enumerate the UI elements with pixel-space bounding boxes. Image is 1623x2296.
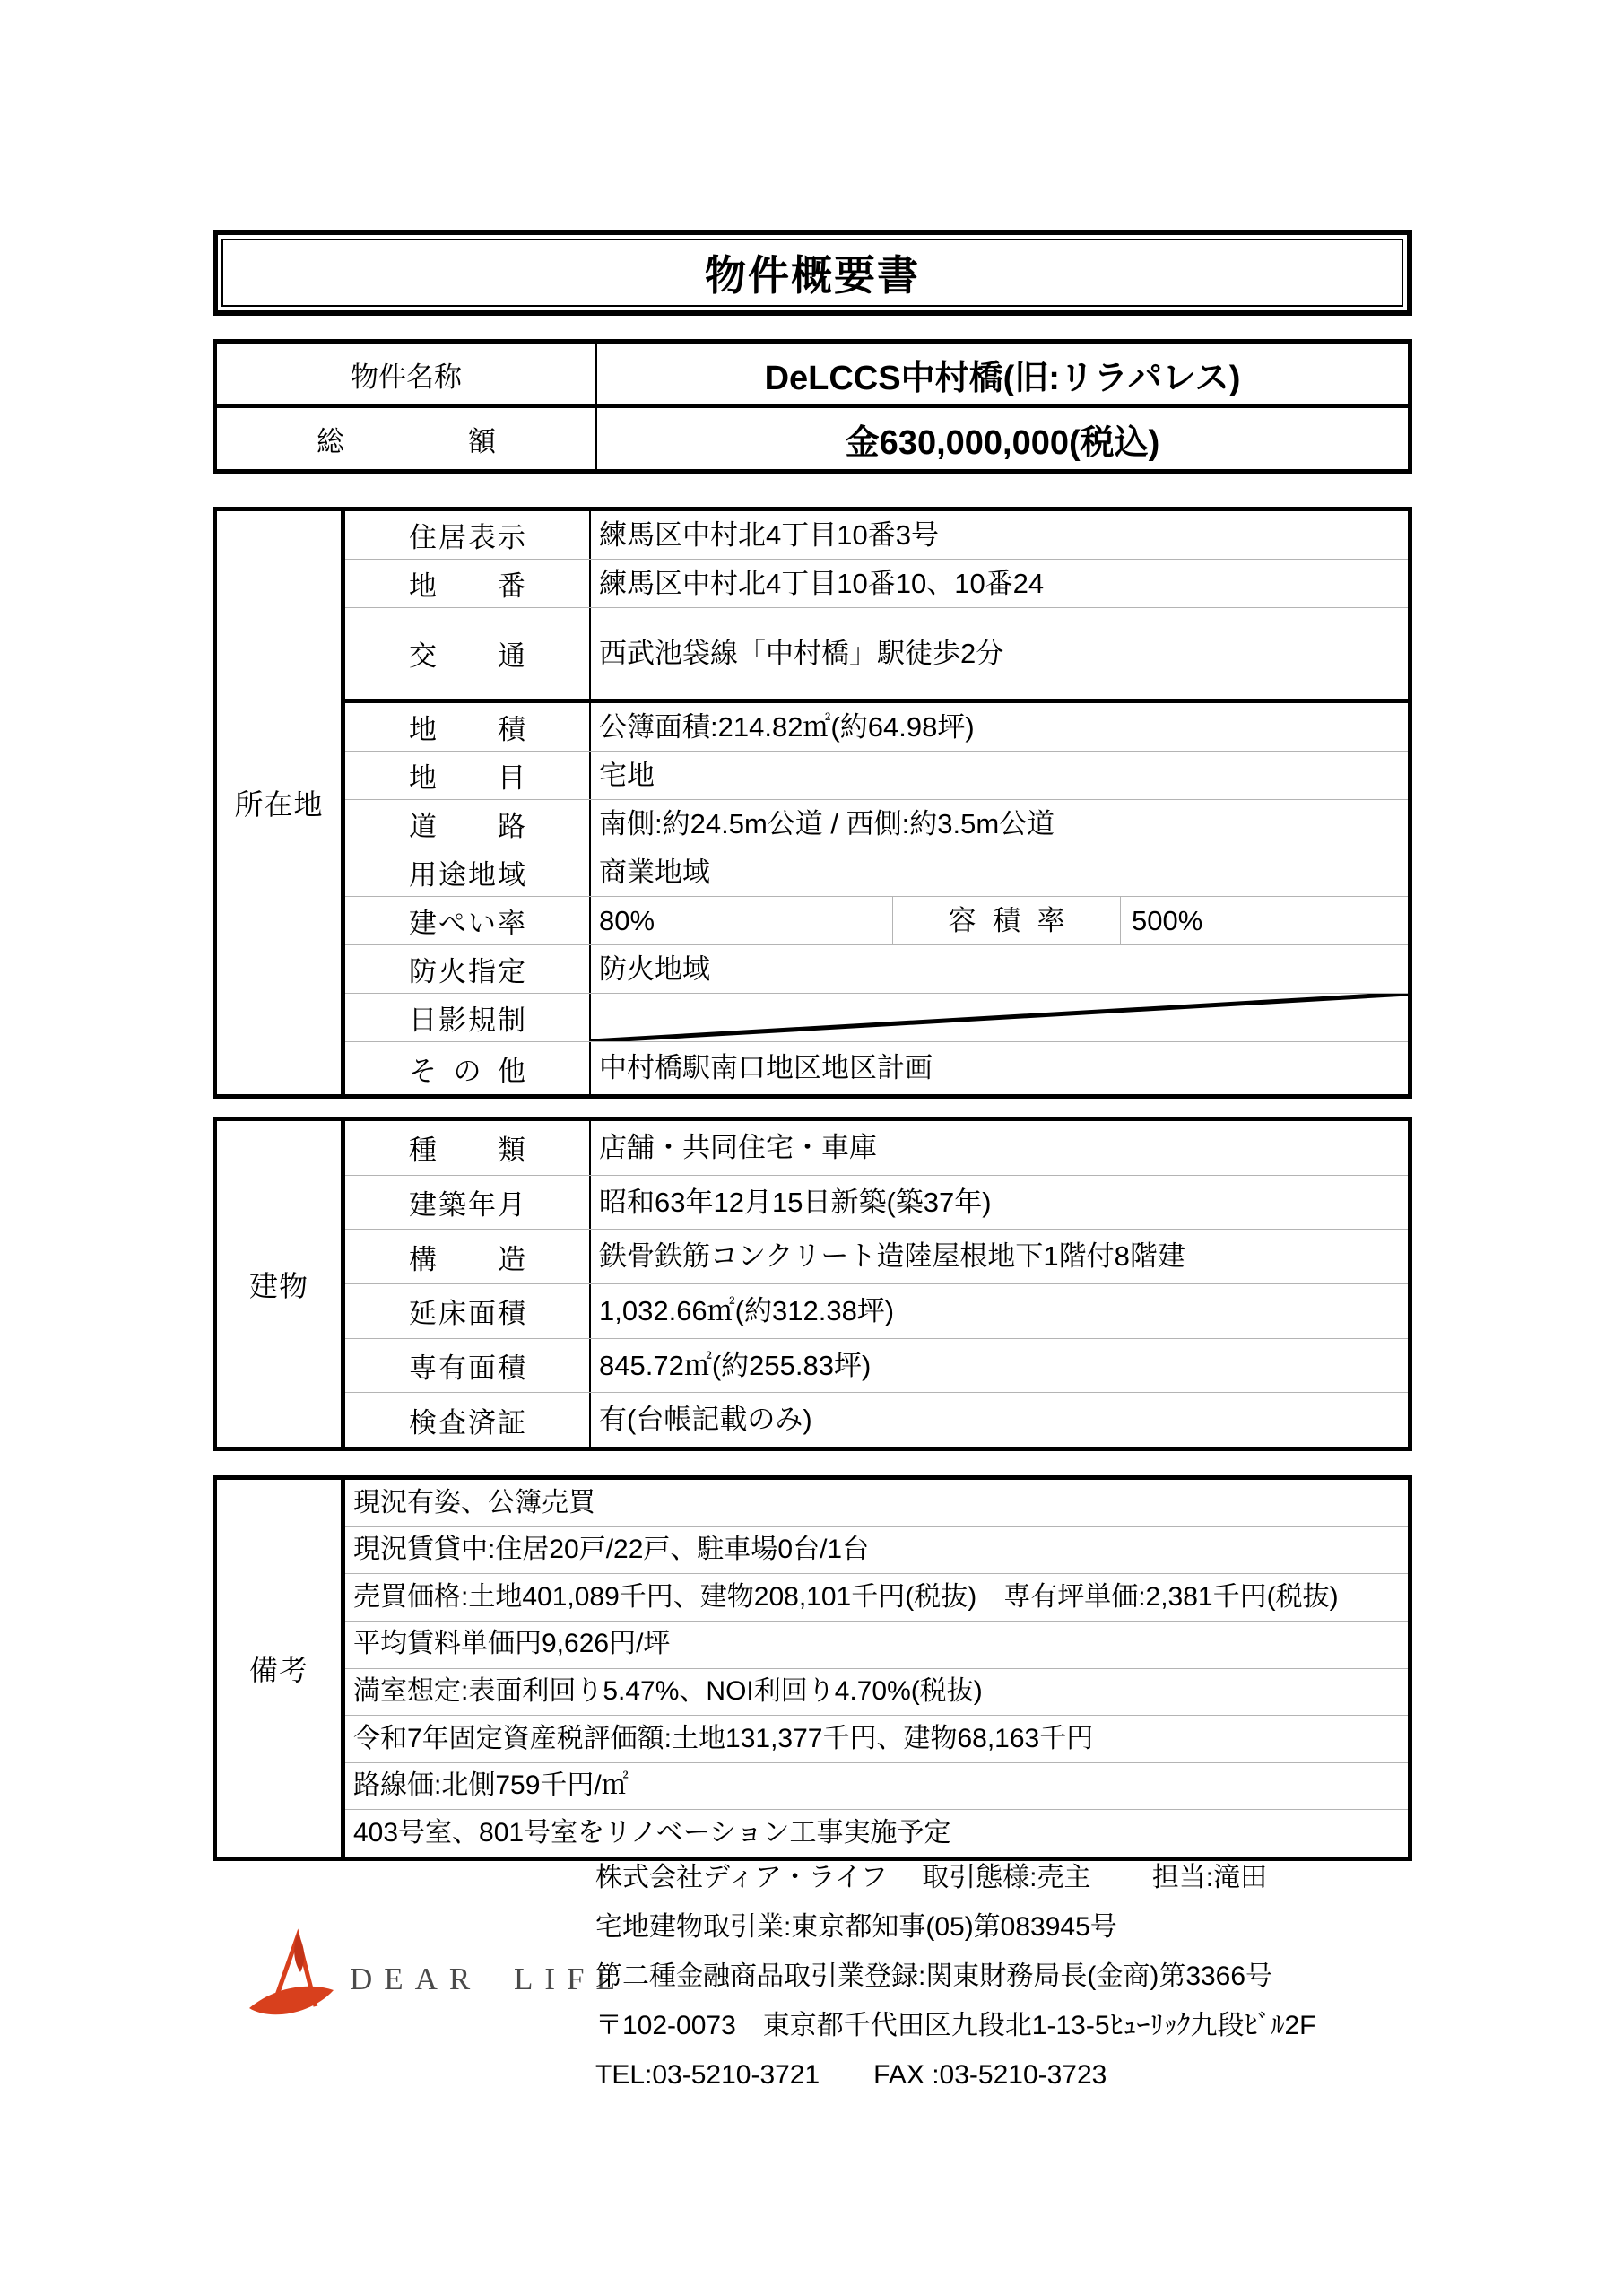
remarks-text: 令和7年固定資産税評価額:土地131,377千円、建物68,163千円 xyxy=(345,1716,1408,1762)
table-row: 住居表示 練馬区中村北4丁目10番3号 xyxy=(345,511,1408,560)
attr-label-cell: 種類 xyxy=(345,1121,591,1175)
attr-label-cell: 用途地域 xyxy=(345,848,591,896)
table-row: 地目 宅地 xyxy=(345,752,1408,800)
company-info-line: 第二種金融商品取引業登録:関東財務局長(金商)第3366号 xyxy=(595,1948,1492,1997)
coverage-ratio-value: 80% xyxy=(591,897,893,944)
attr-label: 延床面積 xyxy=(409,1291,525,1331)
attr-label: 種類 xyxy=(409,1127,525,1168)
remarks-row: 現況賃貸中:住居20戸/22戸、駐車場0台/1台 xyxy=(345,1527,1408,1575)
attr-label: 住居表示 xyxy=(409,515,525,555)
attr-label: 地積 xyxy=(409,707,525,747)
attr-label: 日影規制 xyxy=(409,997,525,1038)
not-applicable-cell xyxy=(591,994,1408,1041)
attr-value-cell: 商業地域 xyxy=(591,848,1408,896)
attr-value-cell: 練馬区中村北4丁目10番3号 xyxy=(591,511,1408,559)
remarks-row: 令和7年固定資産税評価額:土地131,377千円、建物68,163千円 xyxy=(345,1716,1408,1763)
table-row: 道路 南側:約24.5m公道 / 西側:約3.5m公道 xyxy=(345,800,1408,848)
building-table: 建物 種類 店舗・共同住宅・車庫 建築年月 昭和63年12月15日新築(築37年… xyxy=(213,1117,1412,1451)
dearlife-logo-text: DEAR LIFE xyxy=(350,1961,627,1997)
remarks-text: 現況有姿、公簿売買 xyxy=(345,1480,1408,1526)
coverage-ratio-cells: 80% 容積率 500% xyxy=(591,897,1408,944)
summary-table: 物件名称 DeLCCS中村橋(旧:リラパレス) 総額 金630,000,000(… xyxy=(213,339,1412,474)
attr-label-cell: 検査済証 xyxy=(345,1393,591,1447)
attr-label-cell: 地積 xyxy=(345,703,591,751)
attr-label: 建築年月 xyxy=(409,1182,525,1222)
table-row: 建築年月 昭和63年12月15日新築(築37年) xyxy=(345,1176,1408,1231)
remarks-row: 路線価:北側759千円/㎡ xyxy=(345,1763,1408,1811)
attr-label-cell: 地番 xyxy=(345,560,591,607)
attr-value-cell: 南側:約24.5m公道 / 西側:約3.5m公道 xyxy=(591,800,1408,848)
attr-value-cell: 西武池袋線「中村橋」駅徒歩2分 xyxy=(591,608,1408,699)
table-row: 検査済証 有(台帳記載のみ) xyxy=(345,1393,1408,1447)
attr-label: 専有面積 xyxy=(409,1345,525,1386)
table-row: 用途地域 商業地域 xyxy=(345,848,1408,897)
floor-area-ratio-value: 500% xyxy=(1121,897,1408,944)
coverage-ratio-row: 建ぺい率 80% 容積率 500% xyxy=(345,897,1408,945)
attr-label: 検査済証 xyxy=(409,1400,525,1440)
attr-label: 地目 xyxy=(409,755,525,796)
attr-label-cell: 建ぺい率 xyxy=(345,897,591,944)
location-section-label: 所在地 xyxy=(217,511,345,1094)
remarks-row: 満室想定:表面利回り5.47%、NOI利回り4.70%(税抜) xyxy=(345,1669,1408,1717)
total-price-value: 金630,000,000(税込) xyxy=(846,414,1160,464)
total-price-label: 総額 xyxy=(317,419,496,459)
remarks-row: 平均賃料単価円9,626円/坪 xyxy=(345,1622,1408,1669)
property-name-value: DeLCCS中村橋(旧:リラパレス) xyxy=(765,350,1241,399)
sun-shadow-regulation-row: 日影規制 xyxy=(345,994,1408,1042)
company-info: 株式会社ディア・ライフ 取引態様:売主 担当:滝田 宅地建物取引業:東京都知事(… xyxy=(595,1849,1492,2096)
table-row: 延床面積 1,032.66㎡(約312.38坪) xyxy=(345,1284,1408,1339)
table-row: 地番 練馬区中村北4丁目10番10、10番24 xyxy=(345,560,1408,608)
attr-label: 建ぺい率 xyxy=(409,900,525,941)
dearlife-logo-mark-icon xyxy=(247,1926,337,2033)
remarks-table: 備考 現況有姿、公簿売買 現況賃貸中:住居20戸/22戸、駐車場0台/1台 売買… xyxy=(213,1475,1412,1861)
attr-label: 地番 xyxy=(409,563,525,604)
attr-value-cell: 845.72㎡(約255.83坪) xyxy=(591,1339,1408,1393)
attr-label-cell: 住居表示 xyxy=(345,511,591,559)
attr-value-cell: 中村橋駅南口地区地区計画 xyxy=(591,1042,1408,1094)
remarks-text: 路線価:北側759千円/㎡ xyxy=(345,1763,1408,1810)
attr-label-cell: 専有面積 xyxy=(345,1339,591,1393)
property-name-label-cell: 物件名称 xyxy=(217,344,597,404)
attr-value-cell: 有(台帳記載のみ) xyxy=(591,1393,1408,1447)
attr-label-cell: 構造 xyxy=(345,1230,591,1283)
remarks-text: 現況賃貸中:住居20戸/22戸、駐車場0台/1台 xyxy=(345,1527,1408,1574)
attr-label-cell: 建築年月 xyxy=(345,1176,591,1230)
attr-label: 道路 xyxy=(409,804,525,844)
attr-label: 防火指定 xyxy=(409,949,525,989)
attr-value-cell: 防火地域 xyxy=(591,945,1408,993)
table-row: その他 中村橋駅南口地区地区計画 xyxy=(345,1042,1408,1094)
table-row: 種類 店舗・共同住宅・車庫 xyxy=(345,1121,1408,1176)
attr-value-cell: 昭和63年12月15日新築(築37年) xyxy=(591,1176,1408,1230)
attr-value-cell: 鉄骨鉄筋コンクリート造陸屋根地下1階付8階建 xyxy=(591,1230,1408,1283)
building-section-label: 建物 xyxy=(217,1121,345,1447)
attr-label-cell: 防火指定 xyxy=(345,945,591,993)
company-info-line: TEL:03-5210-3721 FAX :03-5210-3723 xyxy=(595,2047,1492,2096)
attr-label-cell: 交通 xyxy=(345,608,591,699)
attr-label-cell: 道路 xyxy=(345,800,591,848)
attr-value-cell: 店舗・共同住宅・車庫 xyxy=(591,1121,1408,1175)
property-name-row: 物件名称 DeLCCS中村橋(旧:リラパレス) xyxy=(217,344,1408,404)
document-title-inner-border: 物件概要書 xyxy=(221,239,1403,307)
remarks-text: 平均賃料単価円9,626円/坪 xyxy=(345,1622,1408,1668)
attr-label: その他 xyxy=(409,1048,525,1089)
remarks-row: 売買価格:土地401,089千円、建物208,101千円(税抜) 専有坪単価:2… xyxy=(345,1574,1408,1622)
attr-label: 構造 xyxy=(409,1237,525,1277)
company-info-line: 宅地建物取引業:東京都知事(05)第083945号 xyxy=(595,1899,1492,1948)
remarks-row: 現況有姿、公簿売買 xyxy=(345,1480,1408,1527)
document-title-box: 物件概要書 xyxy=(213,230,1412,316)
total-price-value-cell: 金630,000,000(税込) xyxy=(597,408,1408,469)
remarks-text: 売買価格:土地401,089千円、建物208,101千円(税抜) 専有坪単価:2… xyxy=(345,1574,1408,1621)
table-row: 地積 公簿面積:214.82㎡(約64.98坪) xyxy=(345,703,1408,752)
total-price-row: 総額 金630,000,000(税込) xyxy=(217,404,1408,469)
property-name-value-cell: DeLCCS中村橋(旧:リラパレス) xyxy=(597,344,1408,404)
table-row: 専有面積 845.72㎡(約255.83坪) xyxy=(345,1339,1408,1394)
attr-value-cell: 公簿面積:214.82㎡(約64.98坪) xyxy=(591,703,1408,751)
company-info-line: 〒102-0073 東京都千代田区九段北1-13-5ﾋｭｰﾘｯｸ九段ﾋﾞﾙ2F xyxy=(595,1997,1492,2047)
attr-label-cell: 地目 xyxy=(345,752,591,799)
attr-value-cell: 1,032.66㎡(約312.38坪) xyxy=(591,1284,1408,1338)
table-row: 防火指定 防火地域 xyxy=(345,945,1408,994)
floor-area-ratio-label-cell: 容積率 xyxy=(893,897,1121,944)
attr-label-cell: その他 xyxy=(345,1042,591,1094)
total-price-label-cell: 総額 xyxy=(217,408,597,469)
attr-value-cell: 宅地 xyxy=(591,752,1408,799)
company-info-line: 株式会社ディア・ライフ 取引態様:売主 担当:滝田 xyxy=(595,1849,1492,1899)
location-table: 所在地 住居表示 練馬区中村北4丁目10番3号 地番 練馬区中村北4丁目10番1… xyxy=(213,507,1412,1099)
attr-value-cell: 練馬区中村北4丁目10番10、10番24 xyxy=(591,560,1408,607)
remarks-section-label: 備考 xyxy=(217,1480,345,1857)
diagonal-strike-line-icon xyxy=(591,994,1408,1041)
attr-label: 用途地域 xyxy=(409,852,525,892)
property-summary-document: 物件概要書 物件名称 DeLCCS中村橋(旧:リラパレス) 総額 金630,00… xyxy=(0,0,1623,2296)
table-row: 交通 西武池袋線「中村橋」駅徒歩2分 xyxy=(345,608,1408,703)
table-row: 構造 鉄骨鉄筋コンクリート造陸屋根地下1階付8階建 xyxy=(345,1230,1408,1284)
property-name-label: 物件名称 xyxy=(351,354,462,395)
dearlife-logo: DEAR LIFE xyxy=(247,1921,552,2038)
document-title: 物件概要書 xyxy=(705,243,920,302)
remarks-text: 満室想定:表面利回り5.47%、NOI利回り4.70%(税抜) xyxy=(345,1669,1408,1716)
floor-area-ratio-label: 容積率 xyxy=(949,905,1065,937)
attr-label: 交通 xyxy=(409,633,525,674)
attr-label-cell: 延床面積 xyxy=(345,1284,591,1338)
attr-label-cell: 日影規制 xyxy=(345,994,591,1041)
